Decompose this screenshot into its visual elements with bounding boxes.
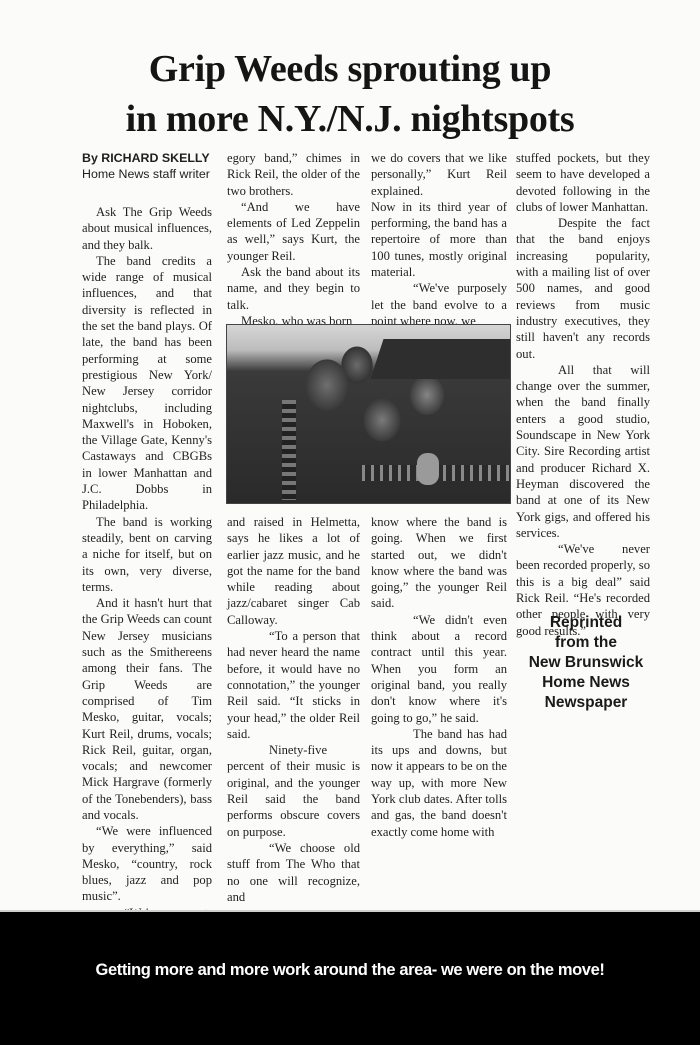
paragraph: Now in its third year of performing, the… <box>371 199 507 280</box>
paragraph: Despite the fact that the band enjoys in… <box>516 215 650 362</box>
article-column-2-bottom: and raised in Helmetta, says he likes a … <box>227 514 360 905</box>
paragraph: stuffed pockets, but they seem to have d… <box>516 150 650 215</box>
byline: By RICHARD SKELLY <box>82 150 212 166</box>
caption-bar: Getting more and more work around the ar… <box>0 912 700 1045</box>
paragraph: we do covers that we like personally,” K… <box>371 150 507 199</box>
article-column-3-top: we do covers that we like personally,” K… <box>371 150 507 329</box>
paragraph: The band is working steadily, bent on ca… <box>82 514 212 595</box>
paragraph: The band credits a wide range of musical… <box>82 253 212 514</box>
headline: Grip Weeds sprouting up in more N.Y./N.J… <box>0 44 700 144</box>
paragraph: Ask The Grip Weeds about musical influen… <box>82 204 212 253</box>
paragraph: “We were influenced by everything,” said… <box>82 823 212 904</box>
photo-hand <box>417 453 439 485</box>
paragraph: “We've purposely let the band evolve to … <box>371 280 507 329</box>
paragraph: “To a person that had never heard the na… <box>227 628 360 742</box>
paragraph: And it hasn't hurt that the Grip Weeds c… <box>82 595 212 823</box>
paragraph: know where the band is going. When we fi… <box>371 514 507 612</box>
paragraph: egory band,” chimes in Rick Reil, the ol… <box>227 150 360 199</box>
headline-line-2: in more N.Y./N.J. nightspots <box>0 94 700 144</box>
band-photo <box>226 324 511 504</box>
paragraph: “We didn't even think about a record con… <box>371 612 507 726</box>
paragraph: Ask the band about its name, and they be… <box>227 264 360 313</box>
newspaper-clipping: Grip Weeds sprouting up in more N.Y./N.J… <box>0 0 700 910</box>
paragraph: and raised in Helmetta, says he likes a … <box>227 514 360 628</box>
paragraph: The band has had its ups and downs, but … <box>371 726 507 840</box>
headline-line-1: Grip Weeds sprouting up <box>0 44 700 94</box>
paragraph: Ninety-five percent of their music is or… <box>227 742 360 840</box>
paragraph: “And we have elements of Led Zeppelin as… <box>227 199 360 264</box>
reprint-line: New Brunswick <box>516 653 656 673</box>
reprint-line: Reprinted <box>516 613 656 633</box>
paragraph: “We choose old stuff from The Who that n… <box>227 840 360 905</box>
article-column-4: stuffed pockets, but they seem to have d… <box>516 150 650 639</box>
byline-role: Home News staff writer <box>82 166 212 182</box>
paragraph: All that will change over the summer, wh… <box>516 362 650 541</box>
caption-text: Getting more and more work around the ar… <box>0 961 700 980</box>
photo-guitar-neck <box>282 400 296 500</box>
reprint-notice: Reprinted from the New Brunswick Home Ne… <box>516 613 656 713</box>
article-column-1: By RICHARD SKELLY Home News staff writer… <box>82 150 212 921</box>
article-column-3-bottom: know where the band is going. When we fi… <box>371 514 507 840</box>
reprint-line: from the <box>516 633 656 653</box>
photo-roof-shape <box>371 339 511 379</box>
reprint-line: Home News <box>516 673 656 693</box>
reprint-line: Newspaper <box>516 693 656 713</box>
article-column-2-top: egory band,” chimes in Rick Reil, the ol… <box>227 150 360 329</box>
